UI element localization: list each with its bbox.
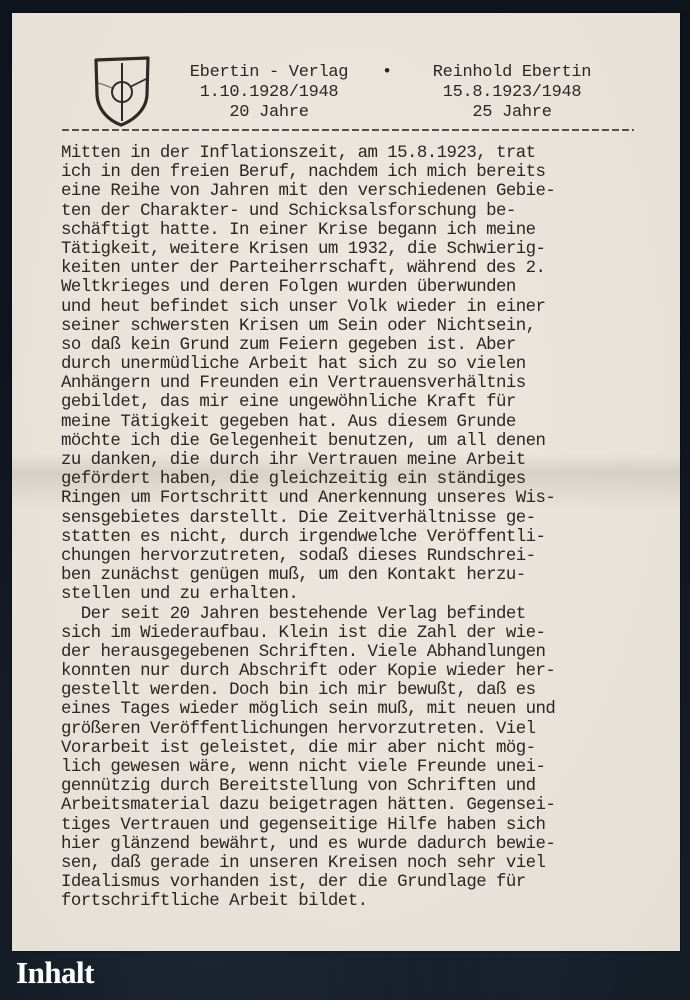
text-line: stellen und zu erhalten. bbox=[61, 585, 661, 604]
text-line: konnten nur durch Abschrift oder Kopie w… bbox=[61, 662, 661, 681]
text-line: eines Tages wieder möglich sein muß, mit… bbox=[61, 700, 661, 719]
letter-page: Ebertin - Verlag 1.10.1928/1948 20 Jahre… bbox=[12, 13, 680, 951]
text-line: seiner schwersten Krisen um Sein oder Ni… bbox=[61, 317, 661, 336]
text-line: Vorarbeit ist geleistet, die mir aber ni… bbox=[61, 739, 661, 758]
text-line: keiten unter der Parteiherrschaft, währe… bbox=[61, 259, 661, 278]
text-line: sensgebietes darstellt. Die Zeitverhältn… bbox=[61, 509, 661, 528]
heading-separator: • bbox=[382, 63, 392, 83]
author-dates: 15.8.1923/1948 bbox=[412, 83, 612, 103]
text-line: gebildet, das mir eine ungewöhnliche Kra… bbox=[61, 393, 661, 412]
text-line: größeren Veröffentlichungen hervorzutret… bbox=[61, 720, 661, 739]
text-line: eine Reihe von Jahren mit den verschiede… bbox=[61, 182, 661, 201]
publisher-name: Ebertin - Verlag bbox=[174, 63, 364, 83]
text-line: Arbeitsmaterial dazu beigetragen hätten.… bbox=[61, 796, 661, 815]
text-line: so daß kein Grund zum Feiern gegeben ist… bbox=[61, 336, 661, 355]
text-line: schäftigt hatte. In einer Krise begann i… bbox=[61, 221, 661, 240]
text-line: durch unermüdliche Arbeit hat sich zu so… bbox=[61, 355, 661, 374]
text-line: ten der Charakter- und Schicksalsforschu… bbox=[61, 202, 661, 221]
publisher-heading: Ebertin - Verlag 1.10.1928/1948 20 Jahre bbox=[174, 63, 364, 123]
text-line: der herausgegebenen Schriften. Viele Abh… bbox=[61, 643, 661, 662]
text-line: Tätigkeit, weitere Krisen um 1932, die S… bbox=[61, 240, 661, 259]
text-line: und heut befindet sich unser Volk wieder… bbox=[61, 298, 661, 317]
caption-label: Inhalt bbox=[16, 955, 94, 991]
text-line: zu danken, die durch ihr Vertrauen meine… bbox=[61, 451, 661, 470]
text-line: Der seit 20 Jahren bestehende Verlag bef… bbox=[61, 605, 661, 624]
text-line: sen, daß gerade in unseren Kreisen noch … bbox=[61, 854, 661, 873]
text-line: meine Tätigkeit gegeben hat. Aus diesem … bbox=[61, 413, 661, 432]
text-line: Mitten in der Inflationszeit, am 15.8.19… bbox=[61, 144, 661, 163]
text-line: gefördert haben, die gleichzeitig ein st… bbox=[61, 470, 661, 489]
text-line: ben zunächst genügen muß, um den Kontakt… bbox=[61, 566, 661, 585]
text-line: tiges Vertrauen und gegenseitige Hilfe h… bbox=[61, 816, 661, 835]
text-line: sich im Wiederaufbau. Klein ist die Zahl… bbox=[61, 624, 661, 643]
dashed-divider bbox=[62, 126, 634, 134]
text-line: gestellt werden. Doch bin ich mir bewußt… bbox=[61, 681, 661, 700]
text-line: Weltkrieges und deren Folgen wurden über… bbox=[61, 278, 661, 297]
text-line: statten es nicht, durch irgendwelche Ver… bbox=[61, 528, 661, 547]
text-line: Idealismus vorhanden ist, der die Grundl… bbox=[61, 873, 661, 892]
author-heading: Reinhold Ebertin 15.8.1923/1948 25 Jahre bbox=[412, 63, 612, 123]
text-line: Anhängern und Freunden ein Vertrauensver… bbox=[61, 374, 661, 393]
letter-body: Mitten in der Inflationszeit, am 15.8.19… bbox=[61, 144, 661, 912]
text-line: gennützig durch Bereitstellung von Schri… bbox=[61, 777, 661, 796]
letterhead: Ebertin - Verlag 1.10.1928/1948 20 Jahre… bbox=[92, 55, 652, 127]
text-line: lich gewesen wäre, wenn nicht viele Freu… bbox=[61, 758, 661, 777]
text-line: chungen hervorzutreten, sodaß dieses Run… bbox=[61, 547, 661, 566]
text-line: hier glänzend bewährt, und es wurde dadu… bbox=[61, 835, 661, 854]
shield-emblem-icon bbox=[92, 55, 152, 127]
text-line: möchte ich die Gelegenheit benutzen, um … bbox=[61, 432, 661, 451]
author-anniversary: 25 Jahre bbox=[412, 103, 612, 123]
text-line: Ringen um Fortschritt und Anerkennung un… bbox=[61, 489, 661, 508]
publisher-anniversary: 20 Jahre bbox=[174, 103, 364, 123]
publisher-dates: 1.10.1928/1948 bbox=[174, 83, 364, 103]
text-line: fortschriftliche Arbeit bildet. bbox=[61, 892, 661, 911]
author-name: Reinhold Ebertin bbox=[412, 63, 612, 83]
text-line: ich in den freien Beruf, nachdem ich mic… bbox=[61, 163, 661, 182]
